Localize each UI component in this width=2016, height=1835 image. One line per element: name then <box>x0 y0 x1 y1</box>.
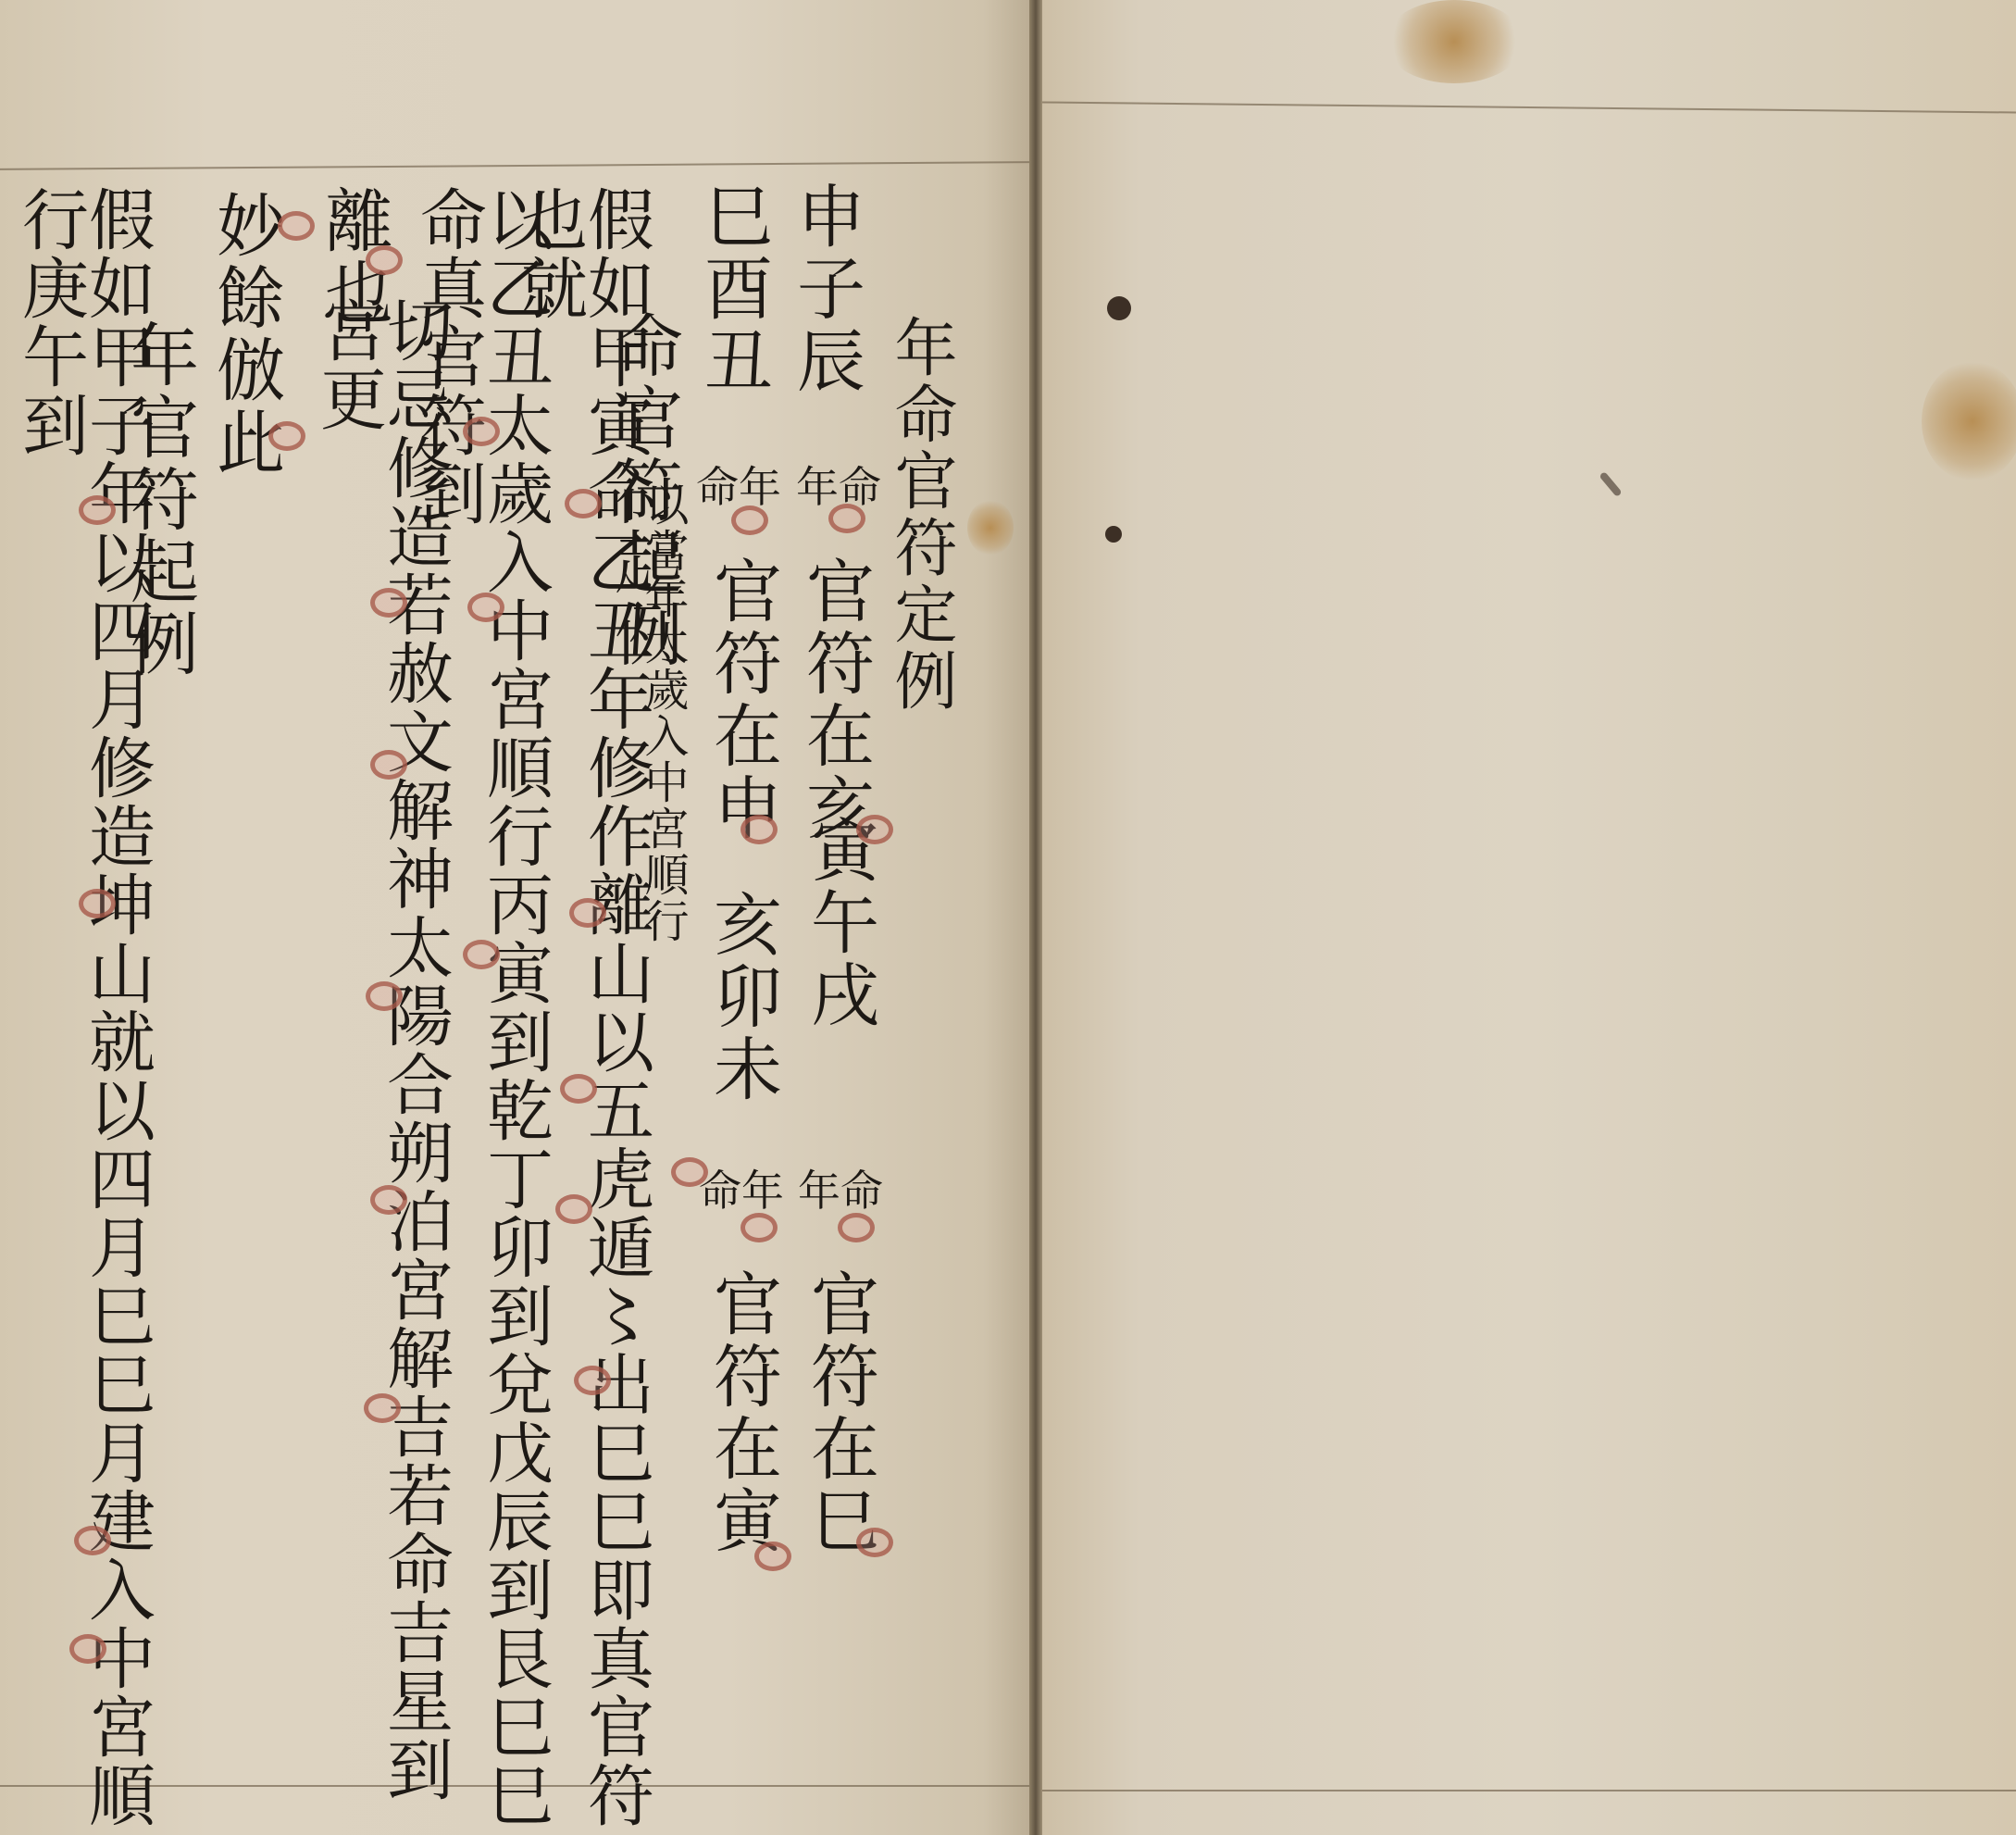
red-punctuation-mark <box>565 489 602 518</box>
red-punctuation-mark <box>364 1393 401 1423</box>
red-punctuation-mark <box>370 750 407 780</box>
red-punctuation-mark <box>856 815 893 844</box>
red-punctuation-mark <box>370 588 407 618</box>
red-punctuation-mark <box>463 940 500 969</box>
red-punctuation-mark <box>740 1213 778 1242</box>
red-punctuation-mark <box>560 1074 597 1104</box>
red-punctuation-mark <box>74 1526 111 1555</box>
table-group-shenzichen: 申子辰 <box>791 181 860 397</box>
red-punctuation-mark <box>366 981 403 1011</box>
ink-spot <box>1105 526 1122 543</box>
red-punctuation-mark <box>740 815 778 844</box>
left-page: 年命官符定例 申子辰 年命 官符在亥 寅午戌 年命 官符在巳 巳酉丑 命年 官符… <box>0 0 1035 1835</box>
table-label-nianming-2: 年命 <box>798 1157 883 1218</box>
table-result-guanfu-si: 官符在巳 <box>805 1268 874 1557</box>
bottom-rule-line <box>1042 1790 2016 1791</box>
red-punctuation-mark <box>754 1542 791 1571</box>
paper-stain <box>1385 0 1524 83</box>
red-punctuation-mark <box>671 1157 708 1187</box>
section-title-nianming-guanfu: 年命官符定例 <box>889 315 952 715</box>
table-group-haimaowei: 亥卯未 <box>708 889 777 1105</box>
red-punctuation-mark <box>569 898 606 928</box>
red-punctuation-mark <box>838 1213 875 1242</box>
red-punctuation-mark <box>574 1366 611 1395</box>
table-group-yinwuxu: 寅午戌 <box>805 815 874 1031</box>
red-punctuation-mark <box>467 593 504 622</box>
paper-stain <box>1922 361 2016 481</box>
paper-stain <box>967 500 1014 555</box>
book-spine-gutter <box>1029 0 1042 1835</box>
right-page-blank <box>1042 0 2016 1835</box>
red-punctuation-mark <box>268 421 305 451</box>
table-result-guanfu-hai: 官符在亥 <box>801 555 869 844</box>
table-group-siyouchou: 巳酉丑 <box>699 181 767 397</box>
red-punctuation-mark <box>463 417 500 446</box>
body-column-example-5: 假如甲子年以四月修造坤山就以四月巳巳月建入中宮順行庚午到 <box>17 185 150 1835</box>
table-label-mingnian-1: 命年 <box>696 454 781 515</box>
red-punctuation-mark <box>79 495 116 525</box>
body-column-example-3b: 切忌修造若赦文解神太陽合朔泊宮解吉若命吉星到宮更 <box>315 296 448 1835</box>
red-punctuation-mark <box>731 506 768 535</box>
red-punctuation-mark <box>69 1634 106 1664</box>
table-result-guanfu-yin: 官符在寅 <box>708 1268 777 1557</box>
top-rule-line <box>1042 101 2016 113</box>
red-punctuation-mark <box>366 245 403 275</box>
top-rule-line <box>0 161 1029 170</box>
red-punctuation-mark <box>278 211 315 241</box>
table-label-mingnian-2: 命年 <box>699 1157 784 1218</box>
red-punctuation-mark <box>828 504 865 533</box>
red-punctuation-mark <box>555 1194 592 1224</box>
ink-spot <box>1107 296 1131 320</box>
red-punctuation-mark <box>370 1185 407 1215</box>
red-punctuation-mark <box>79 889 116 918</box>
table-result-guanfu-shen: 官符在申 <box>708 555 777 844</box>
red-punctuation-mark <box>856 1528 893 1557</box>
ink-fleck <box>1599 471 1622 497</box>
